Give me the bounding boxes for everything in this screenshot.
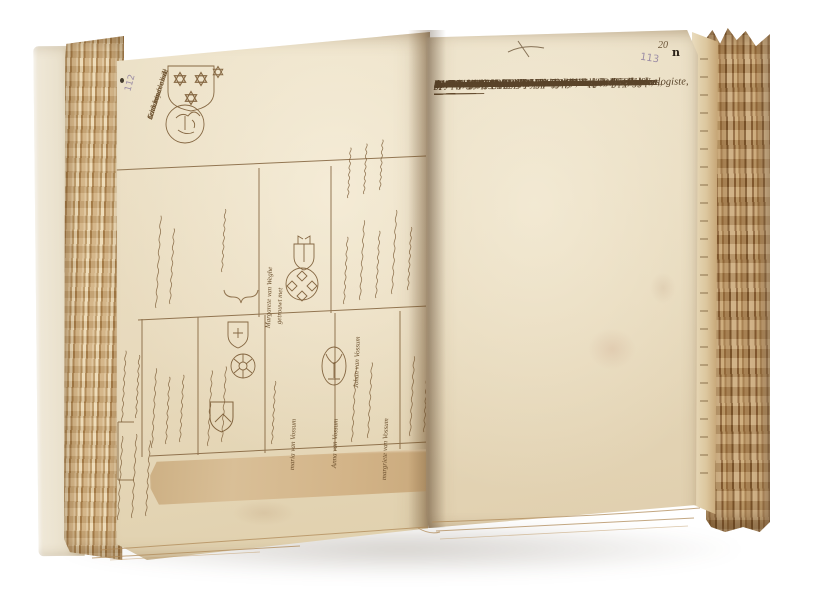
pencil-folio-number: 113 bbox=[639, 52, 660, 66]
page-edges-left bbox=[64, 36, 124, 560]
underlying-page-text-fragments bbox=[700, 58, 708, 478]
quatrefoil-seal-sketch bbox=[286, 268, 318, 301]
ink-dot bbox=[120, 78, 124, 83]
chevron-shield-sketch bbox=[210, 402, 233, 432]
cross-shield-sketch bbox=[228, 322, 248, 348]
chart-label: Anna van Vossum bbox=[330, 419, 340, 469]
stars-shield-sketch bbox=[168, 66, 223, 111]
gutter-shadow bbox=[408, 30, 446, 528]
cross-flourish-mark bbox=[504, 36, 550, 62]
edge-letter-mark: n bbox=[672, 46, 680, 59]
manuscript-right-page: 20 113 n Nous Pierre Albert de Launay Ch… bbox=[426, 30, 698, 530]
ink-page-number: 20 bbox=[658, 40, 668, 51]
tree-seal-sketch bbox=[322, 347, 346, 385]
manuscript-left-page: Margarete van Weghe getrouwt met Johan v… bbox=[112, 32, 430, 560]
paper-stain bbox=[588, 328, 636, 370]
photo-stage: Margarete van Weghe getrouwt met Johan v… bbox=[0, 0, 840, 602]
chart-label: getrouwt met bbox=[275, 288, 284, 325]
paper-stain bbox=[650, 272, 676, 304]
floral-seal-sketch bbox=[166, 105, 204, 143]
rosette-seal-sketch bbox=[231, 354, 255, 378]
manuscript-text: Nous Pierre Albert de Launay Chevalier, … bbox=[434, 74, 692, 77]
banner-shield-sketch bbox=[294, 236, 314, 270]
